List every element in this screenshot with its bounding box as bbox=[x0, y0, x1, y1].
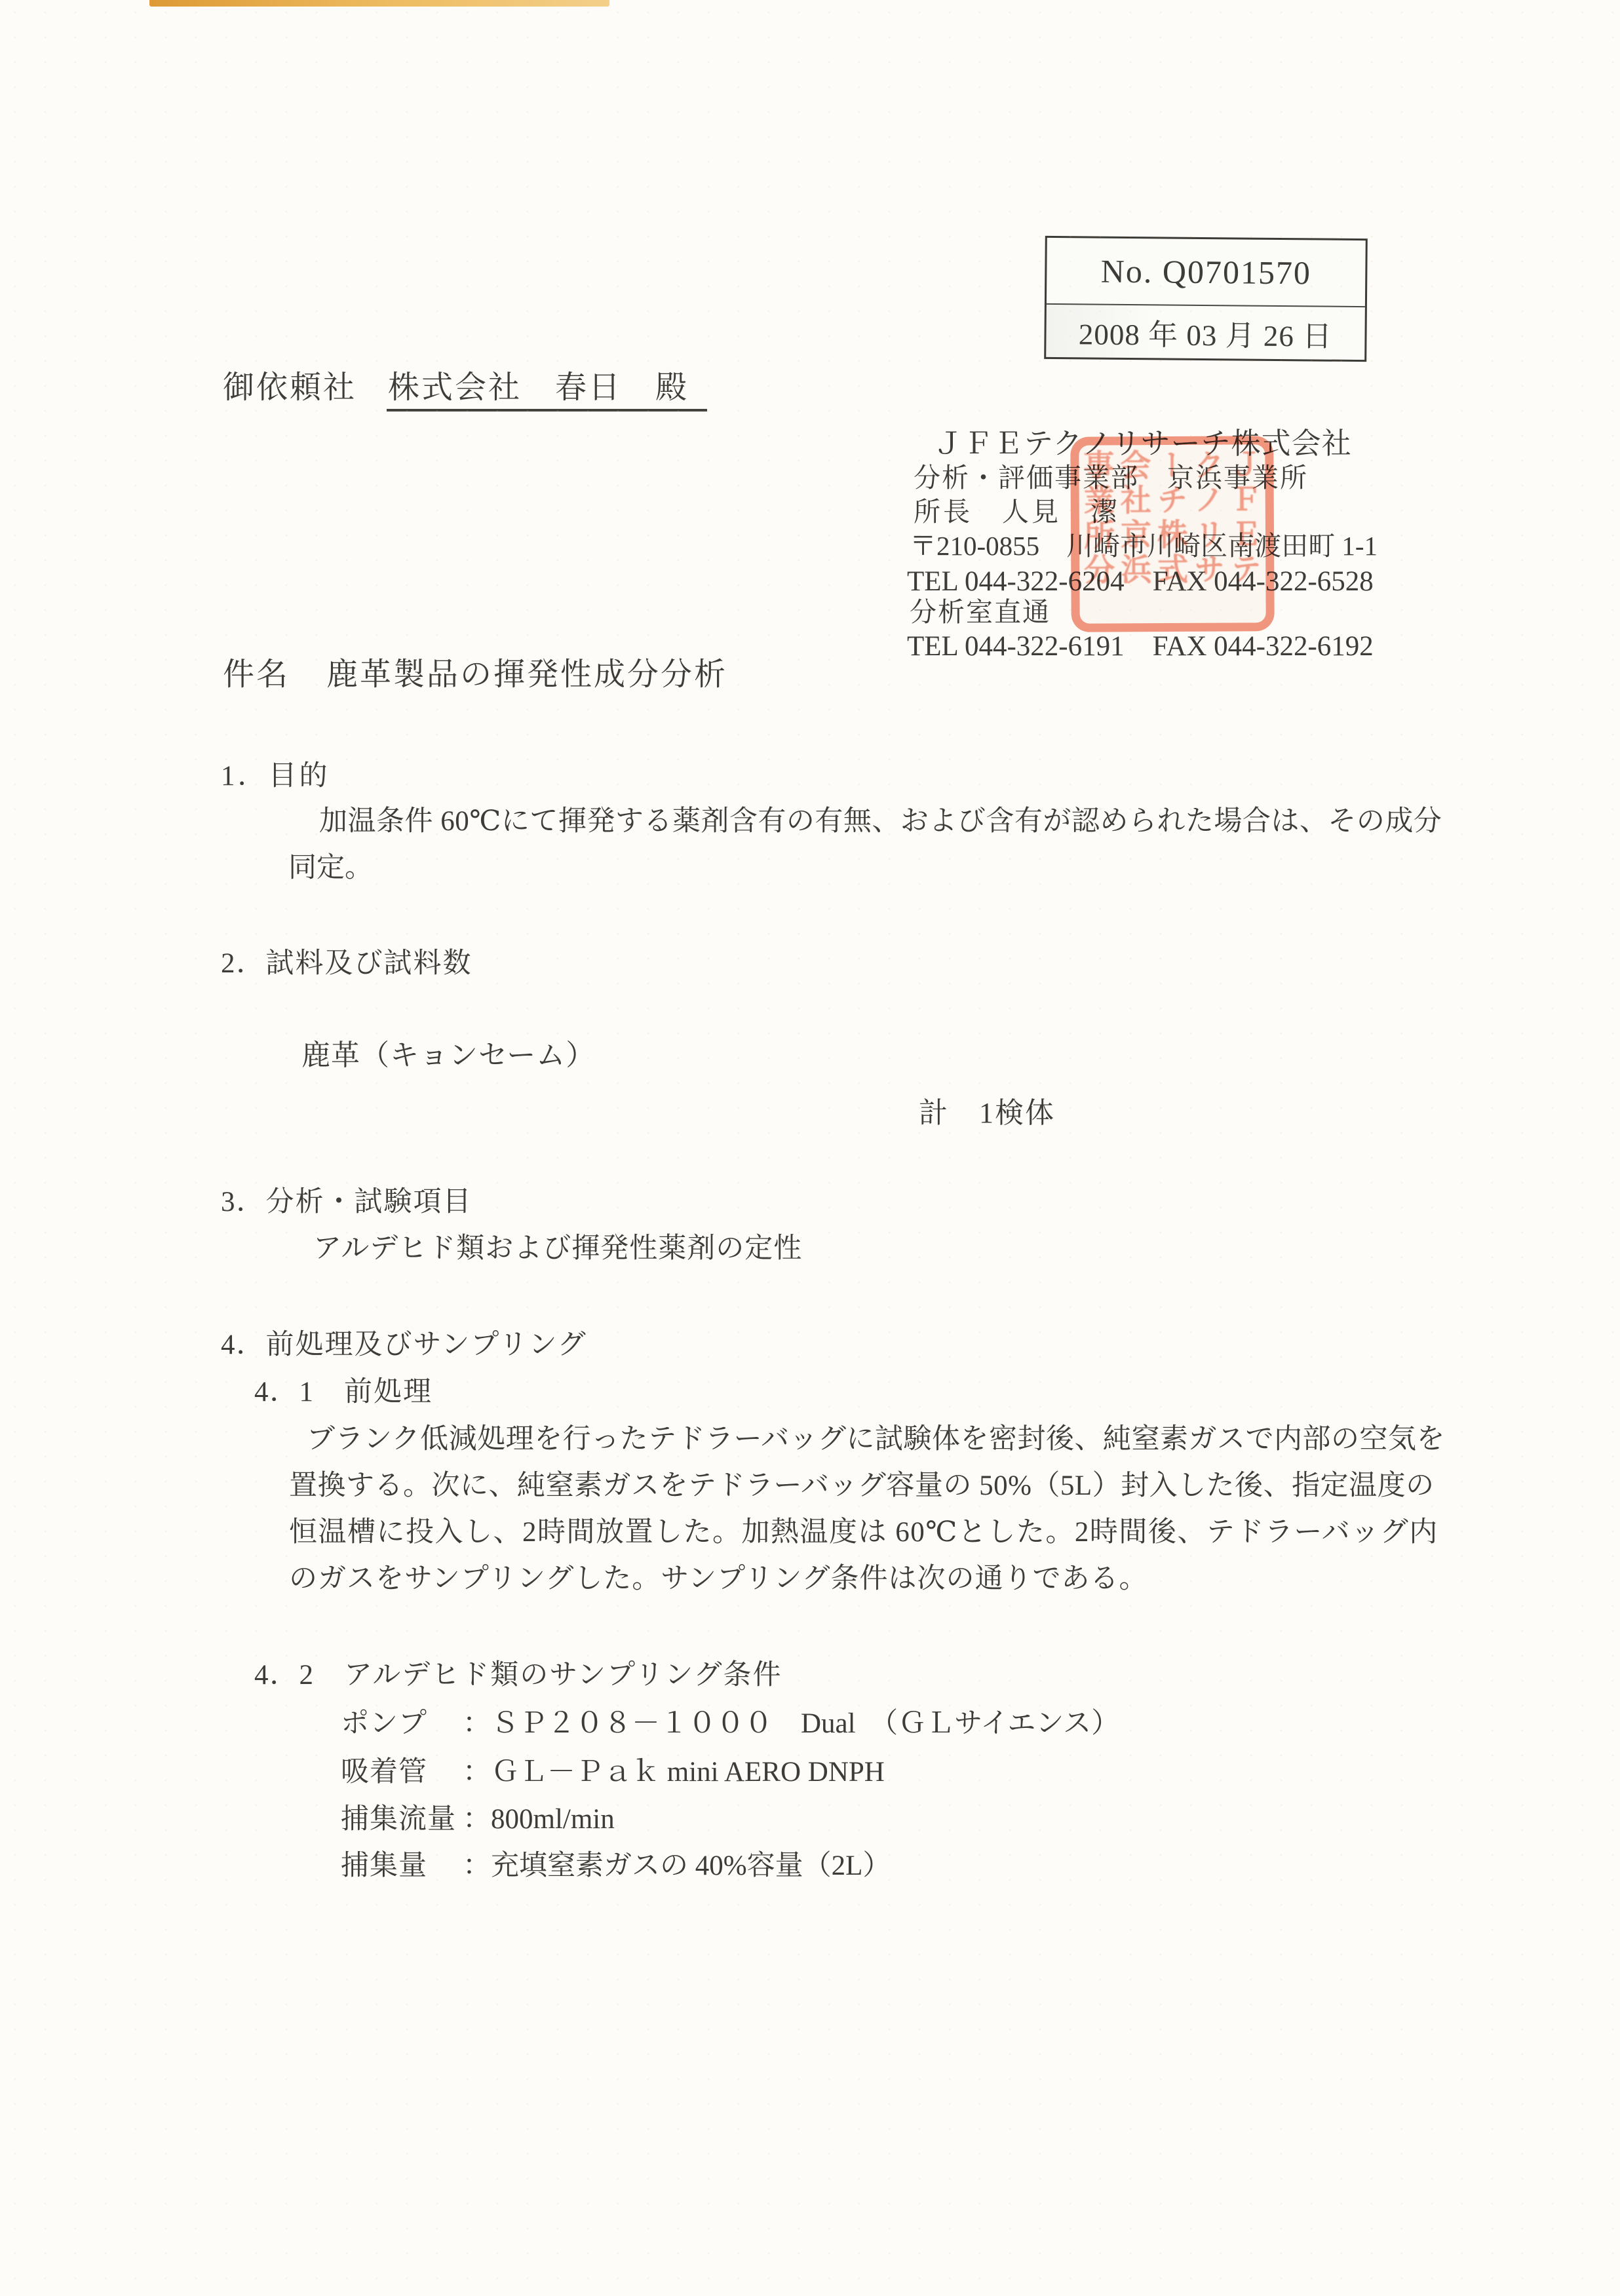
condition-label: 捕集流量 bbox=[341, 1797, 463, 1837]
section4-heading: 4．前処理及びサンプリング bbox=[221, 1322, 587, 1362]
scanned-report-page: No. Q0701570 2008 年 03 月 26 日 御依頼社株式会社 春… bbox=[0, 0, 1620, 2296]
section4-sub1-heading: 4．1 前処理 bbox=[254, 1369, 433, 1409]
section4-sub2-heading: 4．2 アルデヒド類のサンプリング条件 bbox=[254, 1653, 782, 1693]
section4-para-line3: 恒温槽に投入し、2時間放置した。加熱温度は 60℃とした。2時間後、テドラーバッ… bbox=[289, 1510, 1438, 1550]
sampling-condition-row: ポンプ：ＳＰ２０８－１０００ Dual （ＧＬサイエンス） bbox=[341, 1701, 1119, 1741]
section4-para-line2: 置換する。次に、純窒素ガスをテドラーバッグ容量の 50%（5L）封入した後、指定… bbox=[289, 1463, 1435, 1503]
section4-para-line1: ブランク低減処理を行ったテドラーバッグに試験体を密封後、純窒素ガスで内部の空気を bbox=[307, 1417, 1445, 1457]
condition-label: ポンプ bbox=[341, 1701, 463, 1741]
subject-line: 件名鹿革製品の揮発性成分分析 bbox=[223, 649, 727, 694]
section2-sample-name: 鹿革（キョンセーム） bbox=[301, 1031, 595, 1073]
company-seal-stamp: ＪＦＥテクノリサーチ株式会社京浜事業所分析・評価事業部之印 bbox=[1070, 436, 1275, 632]
subject-title: 鹿革製品の揮発性成分分析 bbox=[326, 657, 727, 692]
document-number: No. Q0701570 bbox=[1047, 238, 1366, 307]
sampling-condition-row: 捕集流量：800ml/min bbox=[341, 1797, 615, 1837]
condition-value: ：ＳＰ２０８－１０００ Dual （ＧＬサイエンス） bbox=[463, 1701, 1119, 1741]
condition-value: ：800ml/min bbox=[463, 1797, 615, 1837]
section2-heading: 2．試料及び試料数 bbox=[221, 941, 473, 981]
document-date: 2008 年 03 月 26 日 bbox=[1046, 305, 1365, 360]
section1-body-line1: 加温条件 60℃にて揮発する薬剤含有の有無、および含有が認められた場合は、その成… bbox=[319, 799, 1442, 839]
section1-heading: 1．目的 bbox=[221, 754, 330, 794]
section3-heading: 3．分析・試験項目 bbox=[221, 1179, 473, 1219]
addressee-line: 御依頼社株式会社 春日 殿 bbox=[223, 362, 707, 407]
condition-label: 捕集量 bbox=[341, 1843, 463, 1883]
condition-value: ：充填窒素ガスの 40%容量（2L） bbox=[463, 1843, 891, 1883]
company-seal-text: ＪＦＥテクノリサーチ株式会社京浜事業所分析・評価事業部之印 bbox=[1083, 448, 1262, 619]
sampling-condition-row: 吸着管：ＧＬ－Ｐａｋ mini AERO DNPH bbox=[341, 1750, 885, 1789]
section1-body-line2: 同定。 bbox=[288, 845, 373, 885]
addressee-name: 株式会社 春日 殿 bbox=[387, 370, 707, 411]
addressee-prefix: 御依頼社 bbox=[223, 370, 357, 405]
scan-edge-strip bbox=[149, 0, 609, 7]
condition-value: ：ＧＬ－Ｐａｋ mini AERO DNPH bbox=[463, 1750, 885, 1789]
sampling-condition-row: 捕集量：充填窒素ガスの 40%容量（2L） bbox=[341, 1843, 891, 1883]
subject-label: 件名 bbox=[223, 657, 290, 692]
condition-label: 吸着管 bbox=[341, 1750, 463, 1789]
document-number-box: No. Q0701570 2008 年 03 月 26 日 bbox=[1044, 236, 1368, 362]
section3-test-item: アルデヒド類および揮発性薬剤の定性 bbox=[313, 1226, 802, 1266]
section2-sample-total: 計 1検体 bbox=[919, 1089, 1055, 1131]
section4-para-line4: のガスをサンプリングした。サンプリング条件は次の通りである。 bbox=[289, 1556, 1148, 1596]
